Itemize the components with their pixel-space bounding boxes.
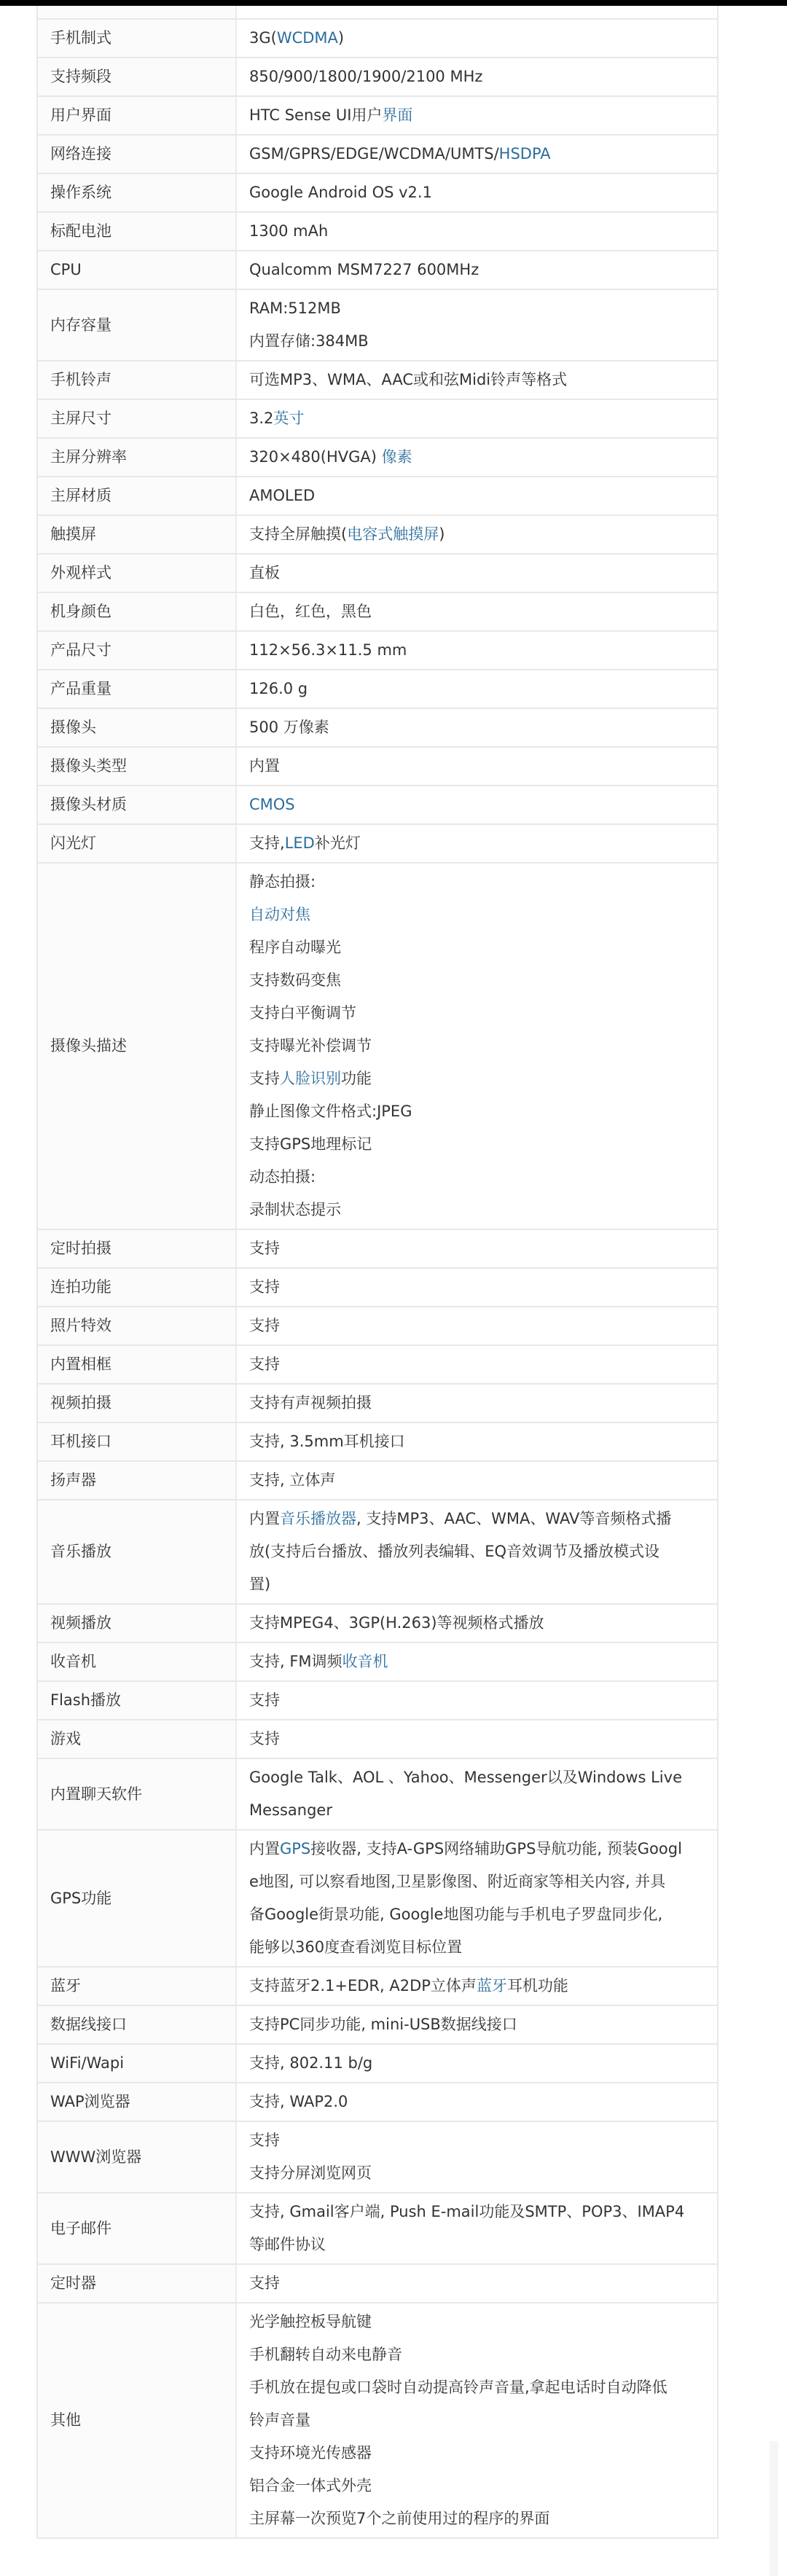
- table-row: 定时器支持: [38, 2265, 717, 2303]
- row-label: WWW浏览器: [38, 2122, 237, 2192]
- row-label: 操作系统: [38, 174, 237, 211]
- value-text: 支持: [249, 1278, 280, 1296]
- row-label-text: 机身颜色: [50, 595, 111, 628]
- row-label-text: 数据线接口: [50, 2008, 127, 2041]
- value-line: 支持, Gmail客户端, Push E-mail功能及SMTP、POP3、IM…: [249, 2196, 707, 2228]
- row-value: AMOLED: [237, 477, 717, 514]
- row-value: 支持全屏触摸(电容式触摸屏): [237, 516, 717, 553]
- value-line: 支持,LED补光灯: [249, 827, 707, 860]
- value-text: 手机放在提包或口袋时自动提高铃声音量,拿起电话时自动降低: [249, 2379, 667, 2396]
- row-label-text: 摄像头描述: [50, 1030, 127, 1062]
- row-value: 支持: [237, 1720, 717, 1758]
- row-label-text: WAP浏览器: [50, 2086, 130, 2118]
- value-text: 支持: [249, 2131, 280, 2149]
- table-row: 扬声器支持, 立体声: [38, 1462, 717, 1500]
- row-label-text: 其他: [50, 2404, 81, 2437]
- value-line: 支持, 802.11 b/g: [249, 2047, 707, 2080]
- row-label: 其他: [38, 2303, 237, 2537]
- value-text: e地图, 可以察看地图,卫星影像图、附近商家等相关内容, 并具: [249, 1873, 665, 1890]
- row-label: 定时器: [38, 2265, 237, 2302]
- value-text: 126.0 g: [249, 680, 308, 697]
- row-label-text: CPU: [50, 254, 82, 286]
- value-line: 支持, 立体声: [249, 1464, 707, 1497]
- value-line: 内置音乐播放器, 支持MP3、AAC、WMA、WAV等音频格式播: [249, 1503, 707, 1535]
- value-text: 录制状态提示: [249, 1201, 341, 1218]
- value-line: 手机放在提包或口袋时自动提高铃声音量,拿起电话时自动降低: [249, 2371, 707, 2404]
- value-text: Google Android OS v2.1: [249, 184, 432, 201]
- row-label: 标配电池: [38, 213, 237, 250]
- value-line: 录制状态提示: [249, 1194, 707, 1226]
- table-row: 主屏分辨率320×480(HVGA) 像素: [38, 439, 717, 477]
- table-row: 内置相框支持: [38, 1346, 717, 1385]
- row-label: 扬声器: [38, 1462, 237, 1499]
- value-line: 支持GPS地理标记: [249, 1128, 707, 1161]
- value-line: 内置: [249, 750, 707, 783]
- table-row: 连拍功能支持: [38, 1269, 717, 1307]
- value-line: 静止图像文件格式:JPEG: [249, 1095, 707, 1128]
- row-value: 850/900/1800/1900/2100 MHz: [237, 58, 717, 95]
- row-value: 1300 mAh: [237, 213, 717, 250]
- table-row: 网络连接GSM/GPRS/EDGE/WCDMA/UMTS/HSDPA: [38, 136, 717, 174]
- value-text: 支持: [249, 1355, 280, 1373]
- row-label: 照片特效: [38, 1307, 237, 1344]
- table-row: Flash播放支持: [38, 1682, 717, 1720]
- table-row: 摄像头500 万像素: [38, 709, 717, 748]
- value-line: Messanger: [249, 1794, 707, 1827]
- value-line: 支持, 3.5mm耳机接口: [249, 1425, 707, 1458]
- row-label: 产品重量: [38, 670, 237, 708]
- row-label: 摄像头描述: [38, 864, 237, 1229]
- row-value: 支持: [237, 1269, 717, 1306]
- value-text: 支持, Gmail客户端, Push E-mail功能及SMTP、POP3、IM…: [249, 2203, 684, 2220]
- value-text: 放(支持后台播放、播放列表编辑、EQ音效调节及播放模式设: [249, 1543, 659, 1560]
- row-value: 支持, Gmail客户端, Push E-mail功能及SMTP、POP3、IM…: [237, 2193, 717, 2263]
- value-line: 支持, FM调频收音机: [249, 1645, 707, 1678]
- row-label: 耳机接口: [38, 1423, 237, 1460]
- row-label-text: 网络连接: [50, 138, 111, 171]
- row-label: 摄像头: [38, 709, 237, 746]
- row-label-text: 主屏尺寸: [50, 402, 111, 435]
- row-value: 支持, 立体声: [237, 1462, 717, 1499]
- value-line: 支持蓝牙2.1+EDR, A2DP立体声蓝牙耳机功能: [249, 1970, 707, 2003]
- value-line: 126.0 g: [249, 673, 707, 705]
- value-text: 接收器, 支持A-GPS网络辅助GPS导航功能, 预装Googl: [310, 1840, 682, 1857]
- table-row: 电子邮件支持, Gmail客户端, Push E-mail功能及SMTP、POP…: [38, 2193, 717, 2265]
- row-label: 用户界面: [38, 97, 237, 134]
- row-label: 蓝牙: [38, 1968, 237, 2005]
- row-label-text: 扬声器: [50, 1464, 96, 1497]
- value-line: 支持PC同步功能, mini-USB数据线接口: [249, 2008, 707, 2041]
- table-row: 内存容量RAM:512MB内置存储:384MB: [38, 290, 717, 361]
- value-text: 支持, WAP2.0: [249, 2093, 348, 2110]
- row-value: 支持: [237, 1307, 717, 1344]
- value-text: 112×56.3×11.5 mm: [249, 641, 407, 659]
- value-text: 程序自动曝光: [249, 939, 341, 956]
- row-label-text: 支持频段: [50, 60, 111, 93]
- row-label: 触摸屏: [38, 516, 237, 553]
- row-label-text: 连拍功能: [50, 1271, 111, 1304]
- table-row: 收音机支持, FM调频收音机: [38, 1643, 717, 1682]
- row-label-text: 定时拍摄: [50, 1232, 111, 1265]
- value-text: 850/900/1800/1900/2100 MHz: [249, 68, 482, 85]
- value-line: 直板: [249, 557, 707, 590]
- row-value: [237, 6, 717, 18]
- value-line: 支持, WAP2.0: [249, 2086, 707, 2118]
- value-text: ): [439, 525, 445, 543]
- value-line: GSM/GPRS/EDGE/WCDMA/UMTS/HSDPA: [249, 138, 707, 171]
- row-label: 主屏材质: [38, 477, 237, 514]
- value-line: 320×480(HVGA) 像素: [249, 441, 707, 474]
- table-row: 触摸屏支持全屏触摸(电容式触摸屏): [38, 516, 717, 555]
- table-row: 其他光学触控板导航键手机翻转自动来电静音手机放在提包或口袋时自动提高铃声音量,拿…: [38, 2303, 717, 2539]
- value-line: 置): [249, 1568, 707, 1601]
- row-label: 摄像头材质: [38, 786, 237, 823]
- value-line: RAM:512MB: [249, 292, 707, 325]
- row-value: 支持: [237, 2265, 717, 2302]
- row-label-text: 主屏材质: [50, 479, 111, 512]
- value-text: GSM/GPRS/EDGE/WCDMA/UMTS/: [249, 145, 499, 163]
- row-label: WAP浏览器: [38, 2083, 237, 2121]
- table-row: 摄像头材质CMOS: [38, 786, 717, 825]
- table-row: 数据线接口支持PC同步功能, mini-USB数据线接口: [38, 2006, 717, 2045]
- wiki-link[interactable]: 蓝牙: [477, 1977, 507, 1994]
- row-label-text: 照片特效: [50, 1309, 111, 1342]
- row-label: 摄像头类型: [38, 748, 237, 785]
- value-line: 内置GPS接收器, 支持A-GPS网络辅助GPS导航功能, 预装Googl: [249, 1833, 707, 1866]
- wiki-link[interactable]: 电容式触摸屏: [347, 525, 439, 543]
- row-value: 可选MP3、WMA、AAC或和弦Midi铃声等格式: [237, 361, 717, 399]
- row-value: 支持: [237, 1682, 717, 1719]
- row-label-text: 摄像头材质: [50, 788, 127, 821]
- row-label-text: 操作系统: [50, 176, 111, 209]
- value-line: 动态拍摄:: [249, 1161, 707, 1194]
- value-line: 可选MP3、WMA、AAC或和弦Midi铃声等格式: [249, 364, 707, 396]
- row-value: 3.2英寸: [237, 400, 717, 437]
- value-line: 3G(WCDMA): [249, 22, 707, 55]
- value-line: 等邮件协议: [249, 2228, 707, 2261]
- value-text: 支持: [249, 1070, 280, 1087]
- row-value: 支持PC同步功能, mini-USB数据线接口: [237, 2006, 717, 2043]
- row-value: RAM:512MB内置存储:384MB: [237, 290, 717, 360]
- table-row: CPUQualcomm MSM7227 600MHz: [38, 251, 717, 290]
- row-label-text: 蓝牙: [50, 1970, 81, 2003]
- row-label-text: 摄像头类型: [50, 750, 127, 783]
- value-text: 支持GPS地理标记: [249, 1135, 372, 1153]
- value-text: 支持全屏触摸(: [249, 525, 347, 543]
- value-line: 支持全屏触摸(电容式触摸屏): [249, 518, 707, 551]
- row-label: 连拍功能: [38, 1269, 237, 1306]
- value-line: AMOLED: [249, 479, 707, 512]
- row-label: 内存容量: [38, 290, 237, 360]
- table-row: WiFi/Wapi支持, 802.11 b/g: [38, 2045, 717, 2083]
- table-row: GPS功能内置GPS接收器, 支持A-GPS网络辅助GPS导航功能, 预装Goo…: [38, 1831, 717, 1968]
- row-label-text: 闪光灯: [50, 827, 96, 860]
- value-line: 支持分屏浏览网页: [249, 2157, 707, 2190]
- row-value: 支持, 3.5mm耳机接口: [237, 1423, 717, 1460]
- value-line: 3.2英寸: [249, 402, 707, 435]
- table-row: WAP浏览器支持, WAP2.0: [38, 2083, 717, 2122]
- row-label-text: Flash播放: [50, 1684, 121, 1717]
- row-label-text: WiFi/Wapi: [50, 2047, 124, 2080]
- value-text: 支持数码变焦: [249, 971, 341, 989]
- row-label: 定时拍摄: [38, 1230, 237, 1267]
- table-row: 视频播放支持MPEG4、3GP(H.263)等视频格式播放: [38, 1605, 717, 1643]
- value-text: RAM:512MB: [249, 300, 341, 317]
- wiki-link[interactable]: WCDMA: [277, 29, 338, 47]
- value-text: 支持,: [249, 834, 285, 852]
- row-value: 支持MPEG4、3GP(H.263)等视频格式播放: [237, 1605, 717, 1642]
- value-line: 手机翻转自动来电静音: [249, 2338, 707, 2371]
- row-label-text: GPS功能: [50, 1882, 111, 1915]
- value-text: AMOLED: [249, 487, 315, 504]
- value-line: 支持数码变焦: [249, 964, 707, 997]
- table-row: 闪光灯支持,LED补光灯: [38, 825, 717, 864]
- table-row: 定时拍摄支持: [38, 1230, 717, 1269]
- wiki-link[interactable]: 人脸识别: [280, 1070, 341, 1087]
- value-line: 白色，红色，黑色: [249, 595, 707, 628]
- value-text: 支持, 802.11 b/g: [249, 2054, 372, 2072]
- row-label: 数据线接口: [38, 2006, 237, 2043]
- row-value: 支持蓝牙2.1+EDR, A2DP立体声蓝牙耳机功能: [237, 1968, 717, 2005]
- value-text: 支持MPEG4、3GP(H.263)等视频格式播放: [249, 1614, 544, 1632]
- value-text: 支持: [249, 1240, 280, 1257]
- value-line: 支持: [249, 1684, 707, 1717]
- wiki-link[interactable]: 界面: [382, 106, 412, 124]
- value-line: 支持环境光传感器: [249, 2437, 707, 2470]
- value-text: 补光灯: [315, 834, 361, 852]
- table-row: 用户界面HTC Sense UI用户界面: [38, 97, 717, 136]
- value-line: 1300 mAh: [249, 215, 707, 248]
- value-line: Qualcomm MSM7227 600MHz: [249, 254, 707, 286]
- value-text: 主屏幕一次预览7个之前使用过的程序的界面: [249, 2510, 549, 2527]
- value-text: 支持环境光传感器: [249, 2444, 372, 2462]
- value-text: 内置存储:384MB: [249, 332, 369, 350]
- row-label: 外观样式: [38, 555, 237, 592]
- value-text: 动态拍摄:: [249, 1168, 316, 1186]
- value-text: 光学触控板导航键: [249, 2313, 372, 2330]
- row-label-text: 定时器: [50, 2267, 96, 2300]
- row-value: 126.0 g: [237, 670, 717, 708]
- table-row: 主屏尺寸3.2英寸: [38, 400, 717, 439]
- value-line: 支持MPEG4、3GP(H.263)等视频格式播放: [249, 1607, 707, 1640]
- row-label: 视频播放: [38, 1605, 237, 1642]
- value-text: 能够以360度查看浏览目标位置: [249, 1938, 462, 1956]
- value-line: 支持: [249, 1723, 707, 1755]
- row-label: 主屏尺寸: [38, 400, 237, 437]
- value-text: 支持: [249, 1691, 280, 1709]
- row-value: 内置音乐播放器, 支持MP3、AAC、WMA、WAV等音频格式播放(支持后台播放…: [237, 1500, 717, 1603]
- value-text: Qualcomm MSM7227 600MHz: [249, 261, 479, 278]
- wiki-link[interactable]: 自动对焦: [249, 906, 310, 923]
- value-line: 放(支持后台播放、播放列表编辑、EQ音效调节及播放模式设: [249, 1535, 707, 1568]
- table-row: 耳机接口支持, 3.5mm耳机接口: [38, 1423, 717, 1462]
- value-text: 内置: [249, 757, 280, 775]
- table-row: 蓝牙支持蓝牙2.1+EDR, A2DP立体声蓝牙耳机功能: [38, 1968, 717, 2006]
- value-text: Google Talk、AOL 、Yahoo、Messenger以及Window…: [249, 1769, 682, 1786]
- row-value: 光学触控板导航键手机翻转自动来电静音手机放在提包或口袋时自动提高铃声音量,拿起电…: [237, 2303, 717, 2537]
- table-row: 内置聊天软件Google Talk、AOL 、Yahoo、Messenger以及…: [38, 1759, 717, 1831]
- row-label: 游戏: [38, 1720, 237, 1758]
- value-line: 支持人脸识别功能: [249, 1062, 707, 1095]
- top-status-bar: [0, 0, 787, 6]
- table-row: 标配电池1300 mAh: [38, 213, 717, 251]
- value-line: 支持有声视频拍摄: [249, 1387, 707, 1420]
- value-text: 3G(: [249, 29, 277, 47]
- row-label-text: 视频播放: [50, 1607, 111, 1640]
- table-row: 操作系统Google Android OS v2.1: [38, 174, 717, 213]
- value-line: 静态拍摄:: [249, 866, 707, 899]
- row-value: 支持,LED补光灯: [237, 825, 717, 862]
- value-line: 能够以360度查看浏览目标位置: [249, 1931, 707, 1964]
- row-label: 主屏分辨率: [38, 439, 237, 476]
- value-line: 支持: [249, 2267, 707, 2300]
- value-text: 支持有声视频拍摄: [249, 1394, 372, 1412]
- value-text: HTC Sense UI用户: [249, 106, 382, 124]
- row-value: 内置: [237, 748, 717, 785]
- row-label-text: 音乐播放: [50, 1535, 111, 1568]
- table-row: 照片特效支持: [38, 1307, 717, 1346]
- value-text: 支持, 立体声: [249, 1471, 335, 1489]
- table-row: 支持频段850/900/1800/1900/2100 MHz: [38, 58, 717, 97]
- value-line: 支持: [249, 1232, 707, 1265]
- row-value: Qualcomm MSM7227 600MHz: [237, 251, 717, 289]
- value-line: 支持: [249, 1271, 707, 1304]
- value-line: 支持: [249, 2124, 707, 2157]
- value-text: 白色，红色，黑色: [249, 603, 372, 620]
- row-label: WiFi/Wapi: [38, 2045, 237, 2082]
- row-label: 产品尺寸: [38, 632, 237, 669]
- value-line: Google Android OS v2.1: [249, 176, 707, 209]
- value-text: 静态拍摄:: [249, 873, 316, 890]
- row-value: GSM/GPRS/EDGE/WCDMA/UMTS/HSDPA: [237, 136, 717, 173]
- value-line: 铝合金一体式外壳: [249, 2470, 707, 2502]
- row-value: 支持: [237, 1346, 717, 1383]
- scrollbar-track[interactable]: [770, 2441, 778, 2576]
- row-label: 机身颜色: [38, 593, 237, 630]
- value-text: 手机翻转自动来电静音: [249, 2346, 402, 2363]
- row-label-text: 触摸屏: [50, 518, 96, 551]
- table-row: 外观样式直板: [38, 555, 717, 593]
- value-text: 静止图像文件格式:JPEG: [249, 1103, 412, 1120]
- row-label: CPU: [38, 251, 237, 289]
- value-line: 支持白平衡调节: [249, 997, 707, 1030]
- value-line: 支持曝光补偿调节: [249, 1030, 707, 1062]
- row-label-text: 内置相框: [50, 1348, 111, 1381]
- value-text: 500 万像素: [249, 719, 329, 736]
- table-row: 产品重量126.0 g: [38, 670, 717, 709]
- row-label-text: 用户界面: [50, 99, 111, 132]
- row-label-text: WWW浏览器: [50, 2141, 141, 2174]
- table-row: 音乐播放内置音乐播放器, 支持MP3、AAC、WMA、WAV等音频格式播放(支持…: [38, 1500, 717, 1605]
- row-label: 收音机: [38, 1643, 237, 1680]
- value-line: 自动对焦: [249, 899, 707, 931]
- table-row: 摄像头描述静态拍摄:自动对焦程序自动曝光支持数码变焦支持白平衡调节支持曝光补偿调…: [38, 864, 717, 1230]
- value-text: ): [338, 29, 344, 47]
- wiki-link[interactable]: GPS: [280, 1840, 310, 1857]
- value-line: e地图, 可以察看地图,卫星影像图、附近商家等相关内容, 并具: [249, 1866, 707, 1898]
- value-text: 3.2: [249, 410, 273, 427]
- row-value: 支持, FM调频收音机: [237, 1643, 717, 1680]
- value-text: 内置: [249, 1510, 280, 1527]
- value-line: 备Google街景功能, Google地图功能与手机电子罗盘同步化,: [249, 1898, 707, 1931]
- value-text: 支持白平衡调节: [249, 1004, 356, 1022]
- row-label: Flash播放: [38, 1682, 237, 1719]
- table-row: 主屏材质AMOLED: [38, 477, 717, 516]
- row-label-text: 内存容量: [50, 309, 111, 342]
- row-label-text: 摄像头: [50, 711, 96, 744]
- value-text: 支持曝光补偿调节: [249, 1037, 372, 1054]
- value-text: 可选MP3、WMA、AAC或和弦Midi铃声等格式: [249, 371, 567, 388]
- row-value: 直板: [237, 555, 717, 592]
- row-label-text: 视频拍摄: [50, 1387, 111, 1420]
- row-label: 音乐播放: [38, 1500, 237, 1603]
- value-text: 耳机功能: [507, 1977, 568, 1994]
- row-label-text: 产品重量: [50, 673, 111, 705]
- table-row: 摄像头类型内置: [38, 748, 717, 786]
- wiki-link[interactable]: 英寸: [273, 410, 304, 427]
- row-value: 支持支持分屏浏览网页: [237, 2122, 717, 2192]
- row-label-text: 标配电池: [50, 215, 111, 248]
- value-text: 置): [249, 1575, 270, 1593]
- value-text: 320×480(HVGA): [249, 448, 382, 466]
- value-text: 支持: [249, 1317, 280, 1334]
- row-label: 手机铃声: [38, 361, 237, 399]
- wiki-link[interactable]: 像素: [382, 448, 412, 466]
- value-text: 支持: [249, 1730, 280, 1747]
- value-text: 支持PC同步功能, mini-USB数据线接口: [249, 2016, 517, 2033]
- value-text: 功能: [341, 1070, 372, 1087]
- row-label: [38, 6, 237, 18]
- value-text: 支持分屏浏览网页: [249, 2164, 372, 2182]
- row-label: 闪光灯: [38, 825, 237, 862]
- value-line: 支持: [249, 1348, 707, 1381]
- value-text: 铃声音量: [249, 2411, 310, 2429]
- value-text: 支持蓝牙2.1+EDR, A2DP立体声: [249, 1977, 477, 1994]
- value-line: 支持: [249, 1309, 707, 1342]
- value-text: 1300 mAh: [249, 222, 328, 240]
- wiki-link[interactable]: 音乐播放器: [280, 1510, 356, 1527]
- value-text: 支持, FM调频: [249, 1653, 342, 1670]
- row-value: Google Android OS v2.1: [237, 174, 717, 211]
- table-row: 产品尺寸112×56.3×11.5 mm: [38, 632, 717, 670]
- wiki-link[interactable]: HSDPA: [499, 145, 551, 163]
- row-value: Google Talk、AOL 、Yahoo、Messenger以及Window…: [237, 1759, 717, 1829]
- row-label-text: 耳机接口: [50, 1425, 111, 1458]
- value-text: 内置: [249, 1840, 280, 1857]
- wiki-link[interactable]: LED: [285, 834, 315, 852]
- row-label-text: 产品尺寸: [50, 634, 111, 667]
- row-label-text: 手机铃声: [50, 364, 111, 396]
- row-label-text: 收音机: [50, 1645, 96, 1678]
- value-line: Google Talk、AOL 、Yahoo、Messenger以及Window…: [249, 1761, 707, 1794]
- row-value: 支持, 802.11 b/g: [237, 2045, 717, 2082]
- row-value: CMOS: [237, 786, 717, 823]
- row-label-text: 外观样式: [50, 557, 111, 590]
- row-label: 内置聊天软件: [38, 1759, 237, 1829]
- value-line: 程序自动曝光: [249, 931, 707, 964]
- value-line: 铃声音量: [249, 2404, 707, 2437]
- table-row: 手机制式3G(WCDMA): [38, 20, 717, 58]
- row-value: 3G(WCDMA): [237, 20, 717, 57]
- value-text: Messanger: [249, 1801, 332, 1819]
- row-label: 手机制式: [38, 20, 237, 57]
- wiki-link[interactable]: CMOS: [249, 796, 295, 813]
- value-text: 支持, 3.5mm耳机接口: [249, 1433, 405, 1450]
- wiki-link[interactable]: 收音机: [342, 1653, 388, 1670]
- table-row-partial: [38, 6, 717, 20]
- value-line: 主屏幕一次预览7个之前使用过的程序的界面: [249, 2502, 707, 2535]
- table-row: 手机铃声可选MP3、WMA、AAC或和弦Midi铃声等格式: [38, 361, 717, 400]
